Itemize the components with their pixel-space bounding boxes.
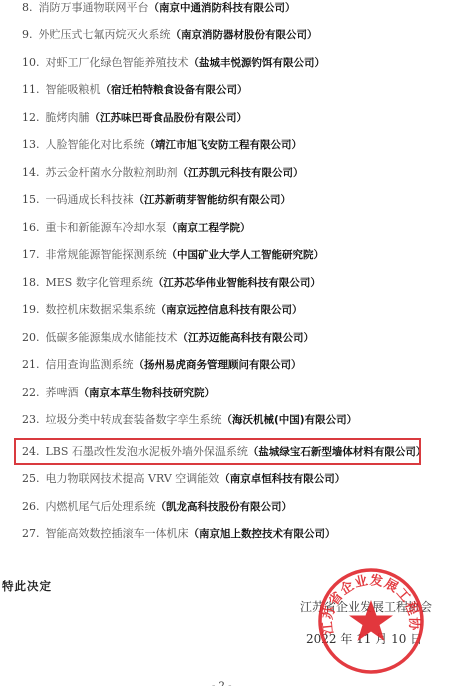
organization-name: （江苏味巴哥食品股份有限公司）	[90, 112, 248, 124]
highlight-box	[14, 438, 421, 465]
project-name: 一码通成长科技袜	[46, 193, 134, 206]
project-name: 低碳多能源集成水储能技术	[46, 331, 178, 344]
organization-name: （凯龙高科技股份有限公司）	[156, 501, 293, 513]
project-name: 电力物联网技术提高 VRV 空调能效	[46, 472, 220, 485]
official-seal-icon: 江苏省企业发展工程协会	[316, 566, 426, 676]
item-number: 18.	[22, 276, 40, 290]
project-name: 非常规能源智能探测系统	[46, 248, 167, 261]
list-item: 20.低碳多能源集成水储能技术（江苏迈能高科技有限公司）	[22, 331, 314, 345]
project-name: 外贮压式七氟丙烷灭火系统	[39, 28, 171, 41]
organization-name: （南京消防器材股份有限公司）	[171, 29, 318, 41]
list-item: 27.智能高效数控插滚车一体机床（南京旭上数控技术有限公司）	[22, 527, 336, 541]
list-item: 16.重卡和新能源车冷却水泵（南京工程学院）	[22, 221, 251, 235]
list-item: 14.苏云金杆菌水分散粒剂助剂（江苏凯元科技有限公司）	[22, 166, 304, 180]
list-item: 25.电力物联网技术提高 VRV 空调能效（南京卓恒科技有限公司）	[22, 472, 345, 486]
project-name: 苏云金杆菌水分散粒剂助剂	[46, 166, 178, 179]
project-name: 人脸智能化对比系统	[46, 138, 145, 151]
organization-name: （靖江市旭飞安防工程有限公司）	[145, 139, 303, 151]
item-number: 25.	[22, 472, 40, 486]
list-item: 11.智能吸粮机（宿迁柏特粮食设备有限公司）	[22, 83, 248, 97]
project-name: 对虾工厂化绿色智能养殖技术	[46, 56, 189, 69]
list-item: 26.内燃机尾气后处理系统（凯龙高科技股份有限公司）	[22, 500, 292, 514]
item-number: 14.	[22, 166, 40, 180]
project-name: 消防万事通物联网平台	[39, 1, 149, 14]
organization-name: （江苏凯元科技有限公司）	[178, 167, 304, 179]
item-number: 8.	[22, 1, 33, 15]
item-number: 11.	[22, 83, 40, 97]
organization-name: （江苏芯华伟业智能科技有限公司）	[153, 277, 321, 289]
page-number: - 2 -	[212, 681, 231, 686]
item-number: 15.	[22, 193, 40, 207]
organization-name: （宿迁柏特粮食设备有限公司）	[101, 84, 248, 96]
organization-name: （南京卓恒科技有限公司）	[219, 473, 345, 485]
decision-text: 特此决定	[2, 578, 52, 594]
list-item: 12.脆烤肉脯（江苏味巴哥食品股份有限公司）	[22, 111, 247, 125]
project-name: 脆烤肉脯	[46, 111, 90, 124]
list-item: 9.外贮压式七氟丙烷灭火系统（南京消防器材股份有限公司）	[22, 28, 318, 42]
project-name: 内燃机尾气后处理系统	[46, 500, 156, 513]
list-item: 21.信用查询监测系统（扬州易虎商务管理顾问有限公司）	[22, 358, 302, 372]
organization-name: （江苏新萌芽智能纺织有限公司）	[134, 194, 292, 206]
project-name: 信用查询监测系统	[46, 358, 134, 371]
item-number: 17.	[22, 248, 40, 262]
item-number: 23.	[22, 413, 40, 427]
item-number: 27.	[22, 527, 40, 541]
item-number: 20.	[22, 331, 40, 345]
list-item: 15.一码通成长科技袜（江苏新萌芽智能纺织有限公司）	[22, 193, 291, 207]
organization-name: （海沃机械(中国)有限公司）	[222, 414, 358, 426]
project-name: 数控机床数据采集系统	[46, 303, 156, 316]
list-item: 22.荞啤酒（南京本草生物科技研究院）	[22, 386, 215, 400]
item-number: 13.	[22, 138, 40, 152]
list-item: 8.消防万事通物联网平台（南京中通消防科技有限公司）	[22, 1, 296, 15]
project-name: 智能吸粮机	[46, 83, 101, 96]
list-item: 18.MES 数字化管理系统（江苏芯华伟业智能科技有限公司）	[22, 276, 321, 290]
project-name: 垃圾分类中转成套装备数字孪生系统	[46, 413, 222, 426]
organization-name: （南京本草生物科技研究院）	[79, 387, 216, 399]
project-name: MES 数字化管理系统	[46, 276, 153, 289]
item-number: 9.	[22, 28, 33, 42]
organization-name: （南京远控信息科技有限公司）	[156, 304, 303, 316]
item-number: 19.	[22, 303, 40, 317]
item-number: 16.	[22, 221, 40, 235]
organization-name: （南京中通消防科技有限公司）	[149, 2, 296, 14]
project-name: 智能高效数控插滚车一体机床	[46, 527, 189, 540]
item-number: 22.	[22, 386, 40, 400]
list-item: 23.垃圾分类中转成套装备数字孪生系统（海沃机械(中国)有限公司）	[22, 413, 357, 427]
project-name: 重卡和新能源车冷却水泵	[46, 221, 167, 234]
organization-name: （扬州易虎商务管理顾问有限公司）	[134, 359, 302, 371]
organization-name: （中国矿业大学人工智能研究院）	[167, 249, 325, 261]
list-item: 13.人脸智能化对比系统（靖江市旭飞安防工程有限公司）	[22, 138, 302, 152]
item-number: 26.	[22, 500, 40, 514]
list-item: 17.非常规能源智能探测系统（中国矿业大学人工智能研究院）	[22, 248, 324, 262]
item-number: 21.	[22, 358, 40, 372]
item-number: 10.	[22, 56, 40, 70]
item-number: 12.	[22, 111, 40, 125]
organization-name: （江苏迈能高科技有限公司）	[178, 332, 315, 344]
project-name: 荞啤酒	[46, 386, 79, 399]
organization-name: （南京旭上数控技术有限公司）	[189, 528, 336, 540]
organization-name: （南京工程学院）	[167, 222, 251, 234]
list-item: 19.数控机床数据采集系统（南京远控信息科技有限公司）	[22, 303, 303, 317]
list-item: 10.对虾工厂化绿色智能养殖技术（盐城丰悦源钓饵有限公司）	[22, 56, 325, 70]
organization-name: （盐城丰悦源钓饵有限公司）	[189, 57, 326, 69]
